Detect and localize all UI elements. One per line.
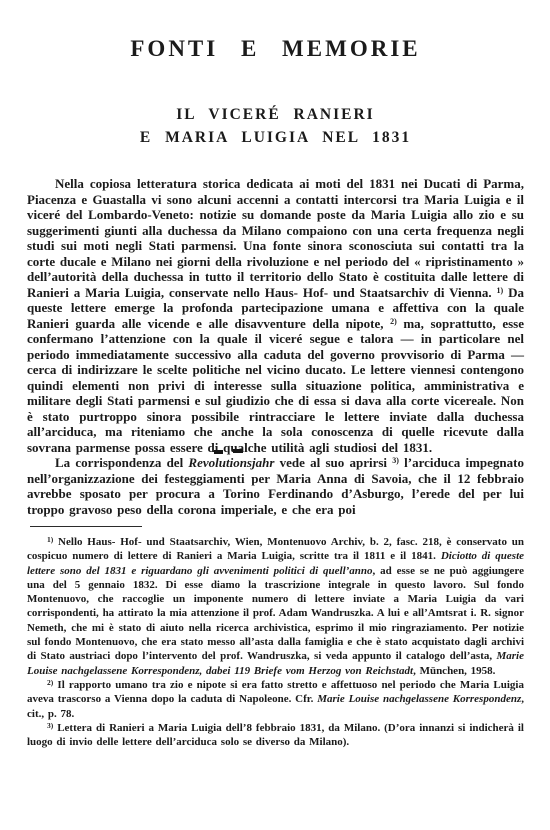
footnote-separator — [30, 526, 142, 527]
article-title: IL VICERÉ RANIERI E MARIA LUIGIA NEL 183… — [27, 103, 524, 149]
paragraph: La corrispondenza del Revolutionsjahr ve… — [27, 455, 524, 517]
text-run: , ad esse se ne può aggiungere una del 5… — [27, 565, 524, 663]
scanned-book-page: FONTI E MEMORIE IL VICERÉ RANIERI E MARI… — [0, 0, 550, 830]
main-text: Nella copiosa letteratura storica dedica… — [27, 176, 524, 517]
text-run: La corrispondenza del — [55, 455, 188, 470]
section-title: FONTI E MEMORIE — [27, 36, 524, 62]
footnotes: 1) Nello Haus- Hof- und Staatsarchiv, Wi… — [27, 535, 524, 749]
article-title-line2: E MARIA LUIGIA NEL 1831 — [140, 129, 411, 146]
text-run: Lettera di Ranieri a Maria Luigia dell’8… — [27, 722, 524, 748]
footnote-marker: 3) — [392, 456, 399, 465]
footnote: 1) Nello Haus- Hof- und Staatsarchiv, Wi… — [27, 535, 524, 678]
footnote-marker: 2) — [390, 317, 397, 326]
text-run: vede al suo aprirsi — [274, 455, 392, 470]
text-run: ma, soprattutto, esse confermano l’atten… — [27, 316, 524, 455]
footnote: 2) Il rapporto umano tra zio e nipote si… — [27, 678, 524, 721]
text-run: Nella copiosa letteratura storica dedica… — [27, 176, 524, 300]
text-run: Revolutionsjahr — [188, 455, 274, 470]
text-run: Marie Louise nachgelassene Korrespondenz — [317, 693, 521, 705]
article-title-line1: IL VICERÉ RANIERI — [176, 106, 374, 123]
footnote: 3) Lettera di Ranieri a Maria Luigia del… — [27, 721, 524, 750]
paragraph: Nella copiosa letteratura storica dedica… — [27, 176, 524, 455]
text-run: , München, 1958. — [413, 665, 495, 677]
